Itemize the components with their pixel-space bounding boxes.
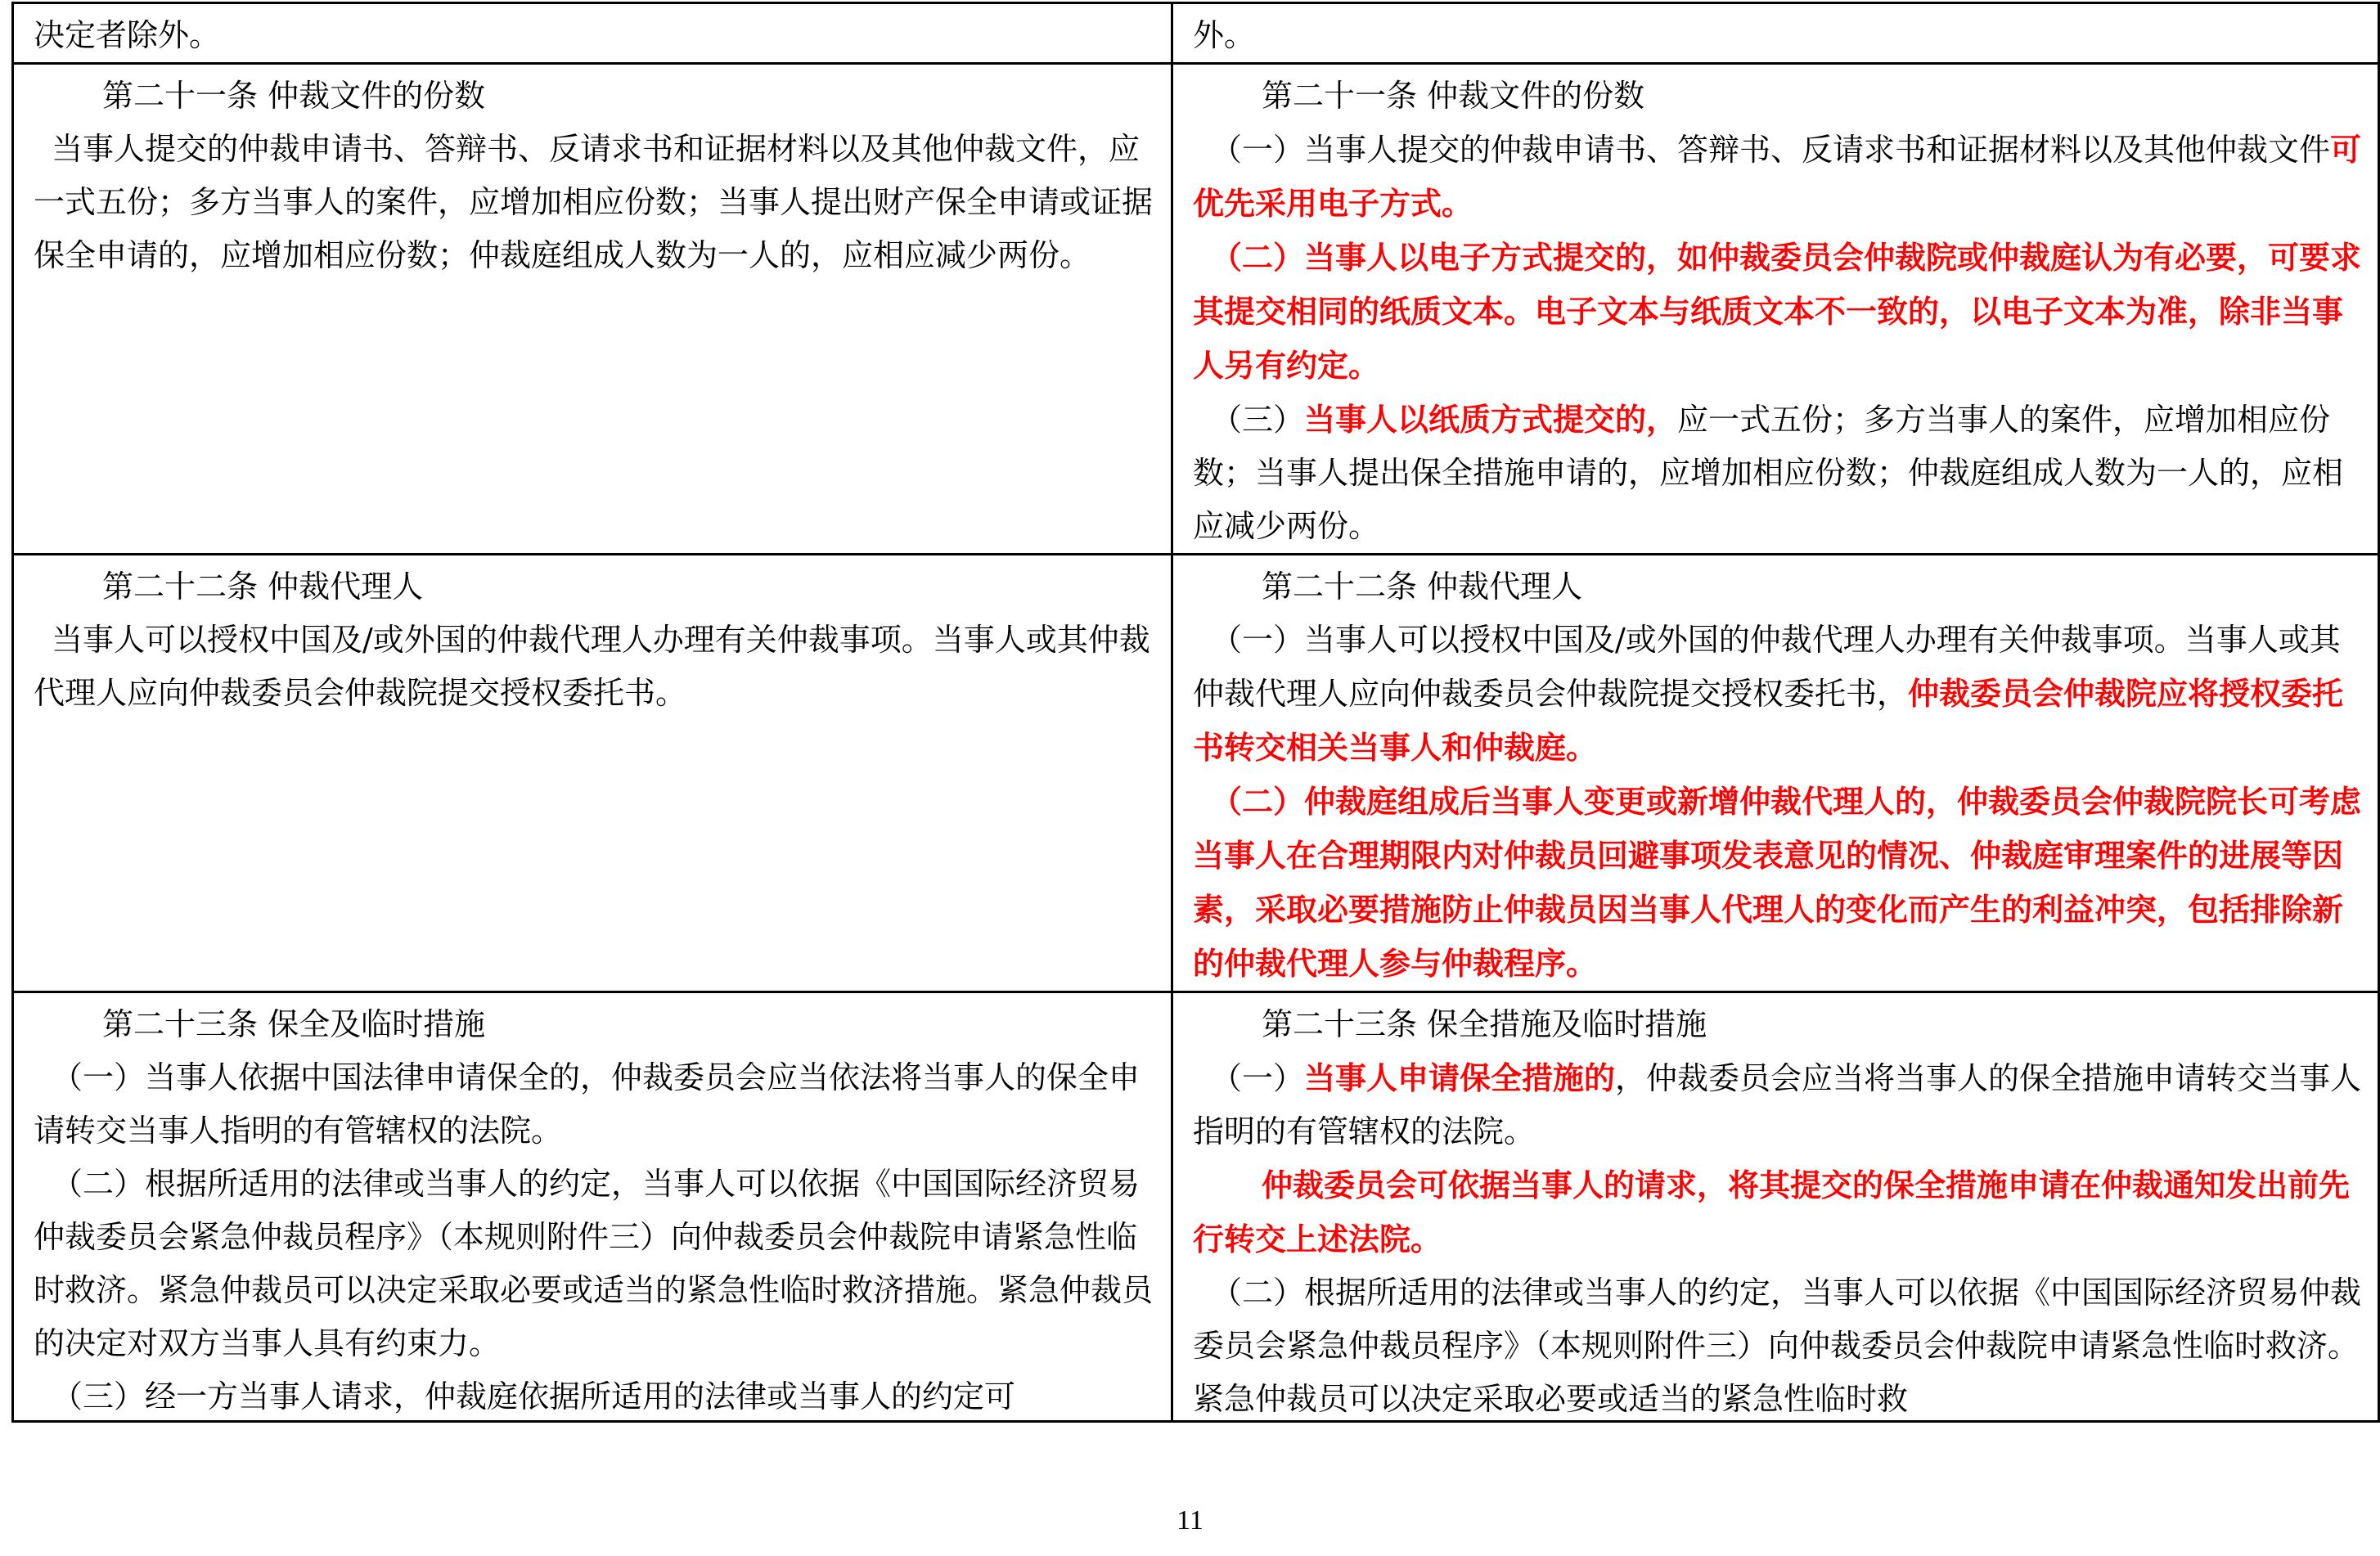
revised-text-cell: 第二十三条 保全措施及临时措施（一）当事人申请保全措施的，仲裁委员会应当将当事人…: [1172, 992, 2379, 1422]
revised-text-highlight: （二）仲裁庭组成后当事人变更或新增仲裁代理人的，仲裁委员会仲裁院院长可考虑当事人…: [1193, 783, 2361, 982]
article-title: 第二十三条 保全措施及临时措施: [1193, 998, 2363, 1051]
table-row: 第二十二条 仲裁代理人当事人可以授权中国及/或外国的仲裁代理人办理有关仲裁事项。…: [13, 555, 2379, 992]
article-paragraph: （一）当事人申请保全措施的，仲裁委员会应当将当事人的保全措施申请转交当事人指明的…: [1193, 1051, 2363, 1158]
article-paragraph: （一）当事人提交的仲裁申请书、答辩书、反请求书和证据材料以及其他仲裁文件可优先采…: [1193, 123, 2363, 231]
text-segment: （二）根据所适用的法律或当事人的约定，当事人可以依据《中国国际经济贸易仲裁委员会…: [34, 1166, 1153, 1361]
revised-text-cell: 第二十二条 仲裁代理人（一）当事人可以授权中国及/或外国的仲裁代理人办理有关仲裁…: [1172, 555, 2379, 992]
article-paragraph: 当事人提交的仲裁申请书、答辩书、反请求书和证据材料以及其他仲裁文件，应一式五份；…: [34, 123, 1156, 282]
page-number: 11: [0, 1505, 2380, 1536]
article-paragraph: （二）根据所适用的法律或当事人的约定，当事人可以依据《中国国际经济贸易仲裁委员会…: [34, 1158, 1156, 1370]
text-segment: （三）经一方当事人请求，仲裁庭依据所适用的法律或当事人的约定可: [52, 1378, 1015, 1414]
comparison-table: 决定者除外。外。第二十一条 仲裁文件的份数当事人提交的仲裁申请书、答辩书、反请求…: [11, 2, 2380, 1423]
original-text-cell: 第二十一条 仲裁文件的份数当事人提交的仲裁申请书、答辩书、反请求书和证据材料以及…: [13, 64, 1172, 555]
original-text-cell: 第二十二条 仲裁代理人当事人可以授权中国及/或外国的仲裁代理人办理有关仲裁事项。…: [13, 555, 1172, 992]
text-segment: （三）: [1211, 402, 1304, 438]
text-segment: 外。: [1193, 17, 1255, 53]
original-text-cell: 决定者除外。: [13, 3, 1172, 64]
revised-text-highlight: 当事人申请保全措施的: [1304, 1059, 1615, 1096]
table-row: 决定者除外。外。: [13, 3, 2379, 64]
revised-text-highlight: 仲裁委员会可依据当事人的请求，将其提交的保全措施申请在仲裁通知发出前先行转交上述…: [1193, 1167, 2350, 1257]
table-row: 第二十三条 保全及临时措施（一）当事人依据中国法律申请保全的，仲裁委员会应当依法…: [13, 992, 2379, 1422]
text-segment: （二）根据所适用的法律或当事人的约定，当事人可以依据《中国国际经济贸易仲裁委员会…: [1193, 1275, 2361, 1415]
text-segment: 当事人可以授权中国及/或外国的仲裁代理人办理有关仲裁事项。当事人或其仲裁代理人应…: [34, 622, 1150, 711]
article-title: 第二十三条 保全及临时措施: [34, 998, 1156, 1051]
revised-text-cell: 第二十一条 仲裁文件的份数（一）当事人提交的仲裁申请书、答辩书、反请求书和证据材…: [1172, 64, 2379, 555]
revised-text-highlight: 当事人以纸质方式提交的，: [1304, 401, 1677, 438]
article-paragraph: （一）当事人依据中国法律申请保全的，仲裁委员会应当依法将当事人的保全申请转交当事…: [34, 1051, 1156, 1158]
article-title: 第二十二条 仲裁代理人: [1193, 560, 2363, 614]
article-paragraph: 外。: [1193, 9, 2363, 62]
article-paragraph: （三）经一方当事人请求，仲裁庭依据所适用的法律或当事人的约定可: [34, 1370, 1156, 1415]
article-paragraph: 决定者除外。: [34, 9, 1156, 62]
text-segment: 当事人提交的仲裁申请书、答辩书、反请求书和证据材料以及其他仲裁文件，应一式五份；…: [34, 131, 1153, 273]
table-row: 第二十一条 仲裁文件的份数当事人提交的仲裁申请书、答辩书、反请求书和证据材料以及…: [13, 64, 2379, 555]
article-paragraph: 当事人可以授权中国及/或外国的仲裁代理人办理有关仲裁事项。当事人或其仲裁代理人应…: [34, 614, 1156, 720]
article-title: 第二十二条 仲裁代理人: [34, 560, 1156, 614]
article-paragraph: 仲裁委员会可依据当事人的请求，将其提交的保全措施申请在仲裁通知发出前先行转交上述…: [1193, 1158, 2363, 1266]
article-paragraph: （三）当事人以纸质方式提交的，应一式五份；多方当事人的案件，应增加相应份数；当事…: [1193, 393, 2363, 553]
article-paragraph: （二）当事人以电子方式提交的，如仲裁委员会仲裁院或仲裁庭认为有必要，可要求其提交…: [1193, 231, 2363, 393]
revised-text-cell: 外。: [1172, 3, 2379, 64]
original-text-cell: 第二十三条 保全及临时措施（一）当事人依据中国法律申请保全的，仲裁委员会应当依法…: [13, 992, 1172, 1422]
text-segment: （一）: [1211, 1060, 1304, 1096]
text-segment: （一）当事人提交的仲裁申请书、答辩书、反请求书和证据材料以及其他仲裁文件: [1211, 132, 2330, 168]
text-segment: （一）当事人依据中国法律申请保全的，仲裁委员会应当依法将当事人的保全申请转交当事…: [34, 1059, 1140, 1149]
text-segment: 决定者除外。: [34, 17, 220, 53]
article-title: 第二十一条 仲裁文件的份数: [34, 70, 1156, 123]
article-paragraph: （二）仲裁庭组成后当事人变更或新增仲裁代理人的，仲裁委员会仲裁院院长可考虑当事人…: [1193, 775, 2363, 991]
revised-text-highlight: （二）当事人以电子方式提交的，如仲裁委员会仲裁院或仲裁庭认为有必要，可要求其提交…: [1193, 239, 2361, 384]
article-title: 第二十一条 仲裁文件的份数: [1193, 70, 2363, 123]
article-paragraph: （二）根据所适用的法律或当事人的约定，当事人可以依据《中国国际经济贸易仲裁委员会…: [1193, 1266, 2363, 1415]
article-paragraph: （一）当事人可以授权中国及/或外国的仲裁代理人办理有关仲裁事项。当事人或其仲裁代…: [1193, 614, 2363, 775]
